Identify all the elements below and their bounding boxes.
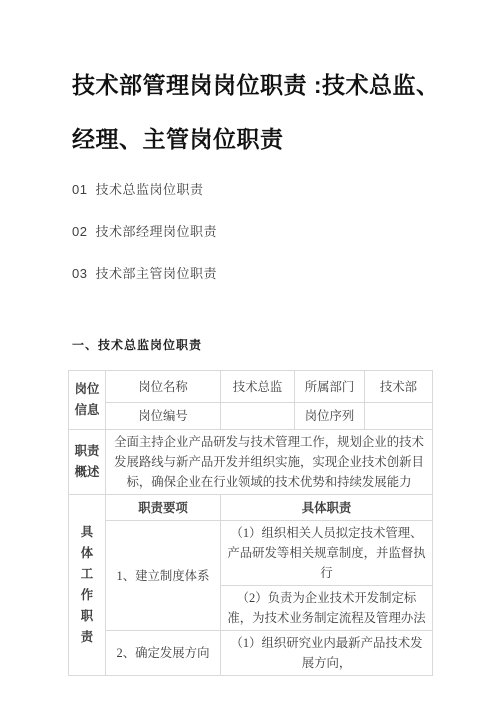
cell-position-code-value (221, 403, 295, 430)
row-header-position-info-label: 岗位信息 (73, 379, 101, 421)
cell-duty-summary-content: 全面主持企业产品研发与技术管理工作，规划企业的技术发展路线与新产品开发并组织实施… (106, 430, 433, 495)
cell-position-sequence-label: 岗位序列 (295, 403, 365, 430)
toc-item: 01技术总监岗位职责 (72, 181, 500, 199)
column-header-duty-item: 职责要项 (106, 495, 221, 521)
table-row: 1、建立制度体系 （1）组织相关人员拟定技术管理、产品研发等相关规章制度，并监督… (69, 521, 433, 586)
cell-duty-detail-1-1: （1）组织相关人员拟定技术管理、产品研发等相关规章制度，并监督执行 (221, 521, 433, 586)
toc-item: 03技术部主管岗位职责 (72, 265, 500, 283)
cell-duty-item-1: 1、建立制度体系 (106, 521, 221, 631)
toc-item-number: 03 (72, 266, 87, 281)
toc-item-number: 01 (72, 182, 87, 197)
toc-item-number: 02 (72, 224, 87, 239)
row-header-specific-duties-label: 具体工作职责 (80, 522, 94, 648)
table-row: 岗位编号 岗位序列 (69, 403, 433, 430)
toc-item: 02技术部经理岗位职责 (72, 223, 500, 241)
page-title: 技术部管理岗岗位职责 :技术总监、经理、主管岗位职责 (0, 0, 500, 166)
document-page: 技术部管理岗岗位职责 :技术总监、经理、主管岗位职责 01技术总监岗位职责 02… (0, 0, 500, 707)
cell-position-sequence-value (365, 403, 433, 430)
cell-position-code-label: 岗位编号 (106, 403, 221, 430)
table-row: 具体工作职责 职责要项 具体职责 (69, 495, 433, 521)
cell-department-value: 技术部 (365, 371, 433, 403)
cell-duty-detail-2-1: （1）组织研究业内最新产品技术发展方向， (221, 631, 433, 676)
cell-duty-item-2: 2、确定发展方向 (106, 631, 221, 676)
section-heading: 一、技术总监岗位职责 (72, 337, 500, 354)
table-row: 岗位信息 岗位名称 技术总监 所属部门 技术部 (69, 371, 433, 403)
cell-department-label: 所属部门 (295, 371, 365, 403)
cell-position-name-label: 岗位名称 (106, 371, 221, 403)
job-duty-table: 岗位信息 岗位名称 技术总监 所属部门 技术部 岗位编号 岗位序列 职责概述 全… (68, 370, 433, 676)
row-header-position-info: 岗位信息 (69, 371, 106, 430)
toc-item-label: 技术部主管岗位职责 (95, 266, 217, 281)
row-header-duty-summary-label: 职责概述 (73, 441, 101, 483)
row-header-duty-summary: 职责概述 (69, 430, 106, 495)
column-header-duty-detail: 具体职责 (221, 495, 433, 521)
table-row: 职责概述 全面主持企业产品研发与技术管理工作，规划企业的技术发展路线与新产品开发… (69, 430, 433, 495)
row-header-specific-duties: 具体工作职责 (69, 495, 106, 676)
toc-list: 01技术总监岗位职责 02技术部经理岗位职责 03技术部主管岗位职责 (72, 181, 500, 283)
toc-item-label: 技术部经理岗位职责 (95, 224, 217, 239)
toc-item-label: 技术总监岗位职责 (95, 182, 203, 197)
cell-duty-detail-1-2: （2）负责为企业技术开发制定标准，为技术业务制定流程及管理办法 (221, 586, 433, 631)
table-row: 2、确定发展方向 （1）组织研究业内最新产品技术发展方向， (69, 631, 433, 676)
cell-position-name-value: 技术总监 (221, 371, 295, 403)
